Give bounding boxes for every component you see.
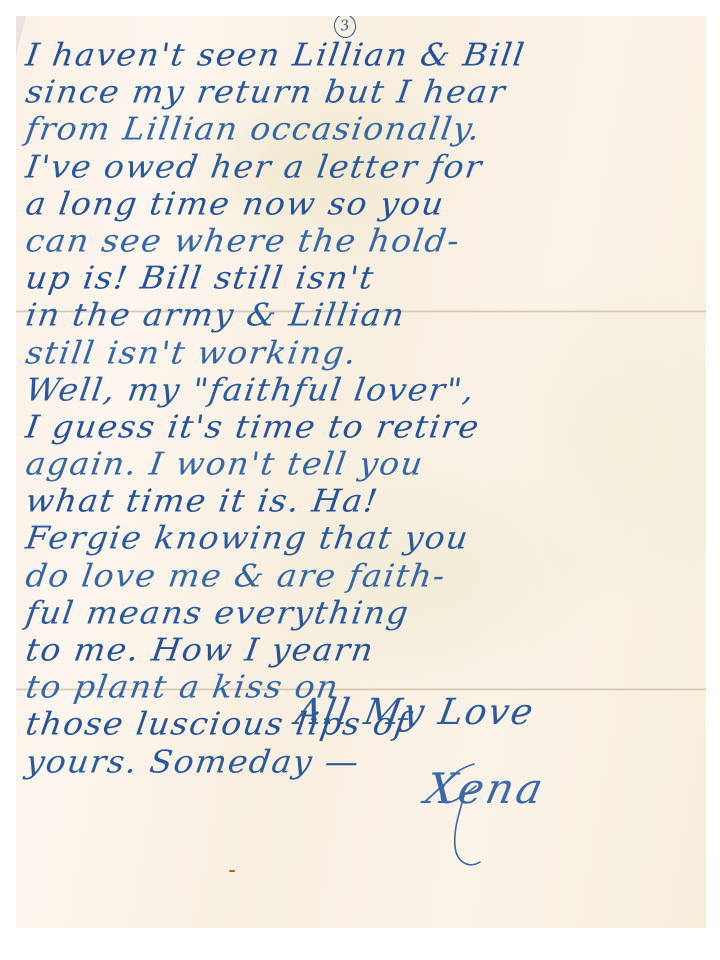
letter-line: Well, my "faithful lover", — [24, 372, 706, 407]
letter-line: I've owed her a letter for — [24, 148, 706, 183]
letter-line: since my return but I hear — [24, 74, 706, 109]
letter-closing: All My Love — [292, 692, 538, 733]
letter-line: yours. Someday — — [24, 743, 706, 778]
letter-line: Fergie knowing that you — [24, 520, 706, 555]
letter-line: still isn't working. — [24, 334, 706, 369]
letter-line: to me. How I yearn — [24, 632, 706, 667]
letter-body: I haven't seen Lillian & Bill since my r… — [26, 36, 706, 780]
letter-line: again. I won't tell you — [24, 446, 706, 481]
letter-line: in the army & Lillian — [24, 297, 706, 332]
letter-line: what time it is. Ha! — [24, 483, 706, 518]
scanned-page: 3 I haven't seen Lillian & Bill since my… — [0, 0, 720, 960]
paper-stain — [229, 870, 235, 872]
letter-line: do love me & are faith- — [24, 558, 706, 593]
letter-line: I haven't seen Lillian & Bill — [24, 37, 706, 72]
letter-line: can see where the hold- — [24, 223, 706, 258]
letter-line: ful means everything — [24, 595, 706, 630]
signature: Xena — [421, 764, 550, 813]
letter-line: I guess it's time to retire — [24, 409, 706, 444]
letter-line: a long time now so you — [24, 186, 706, 221]
page-corner-shadow — [16, 16, 26, 56]
letter-paper: 3 I haven't seen Lillian & Bill since my… — [16, 16, 706, 928]
letter-line: up is! Bill still isn't — [24, 260, 706, 295]
letter-line: from Lillian occasionally. — [24, 111, 706, 146]
